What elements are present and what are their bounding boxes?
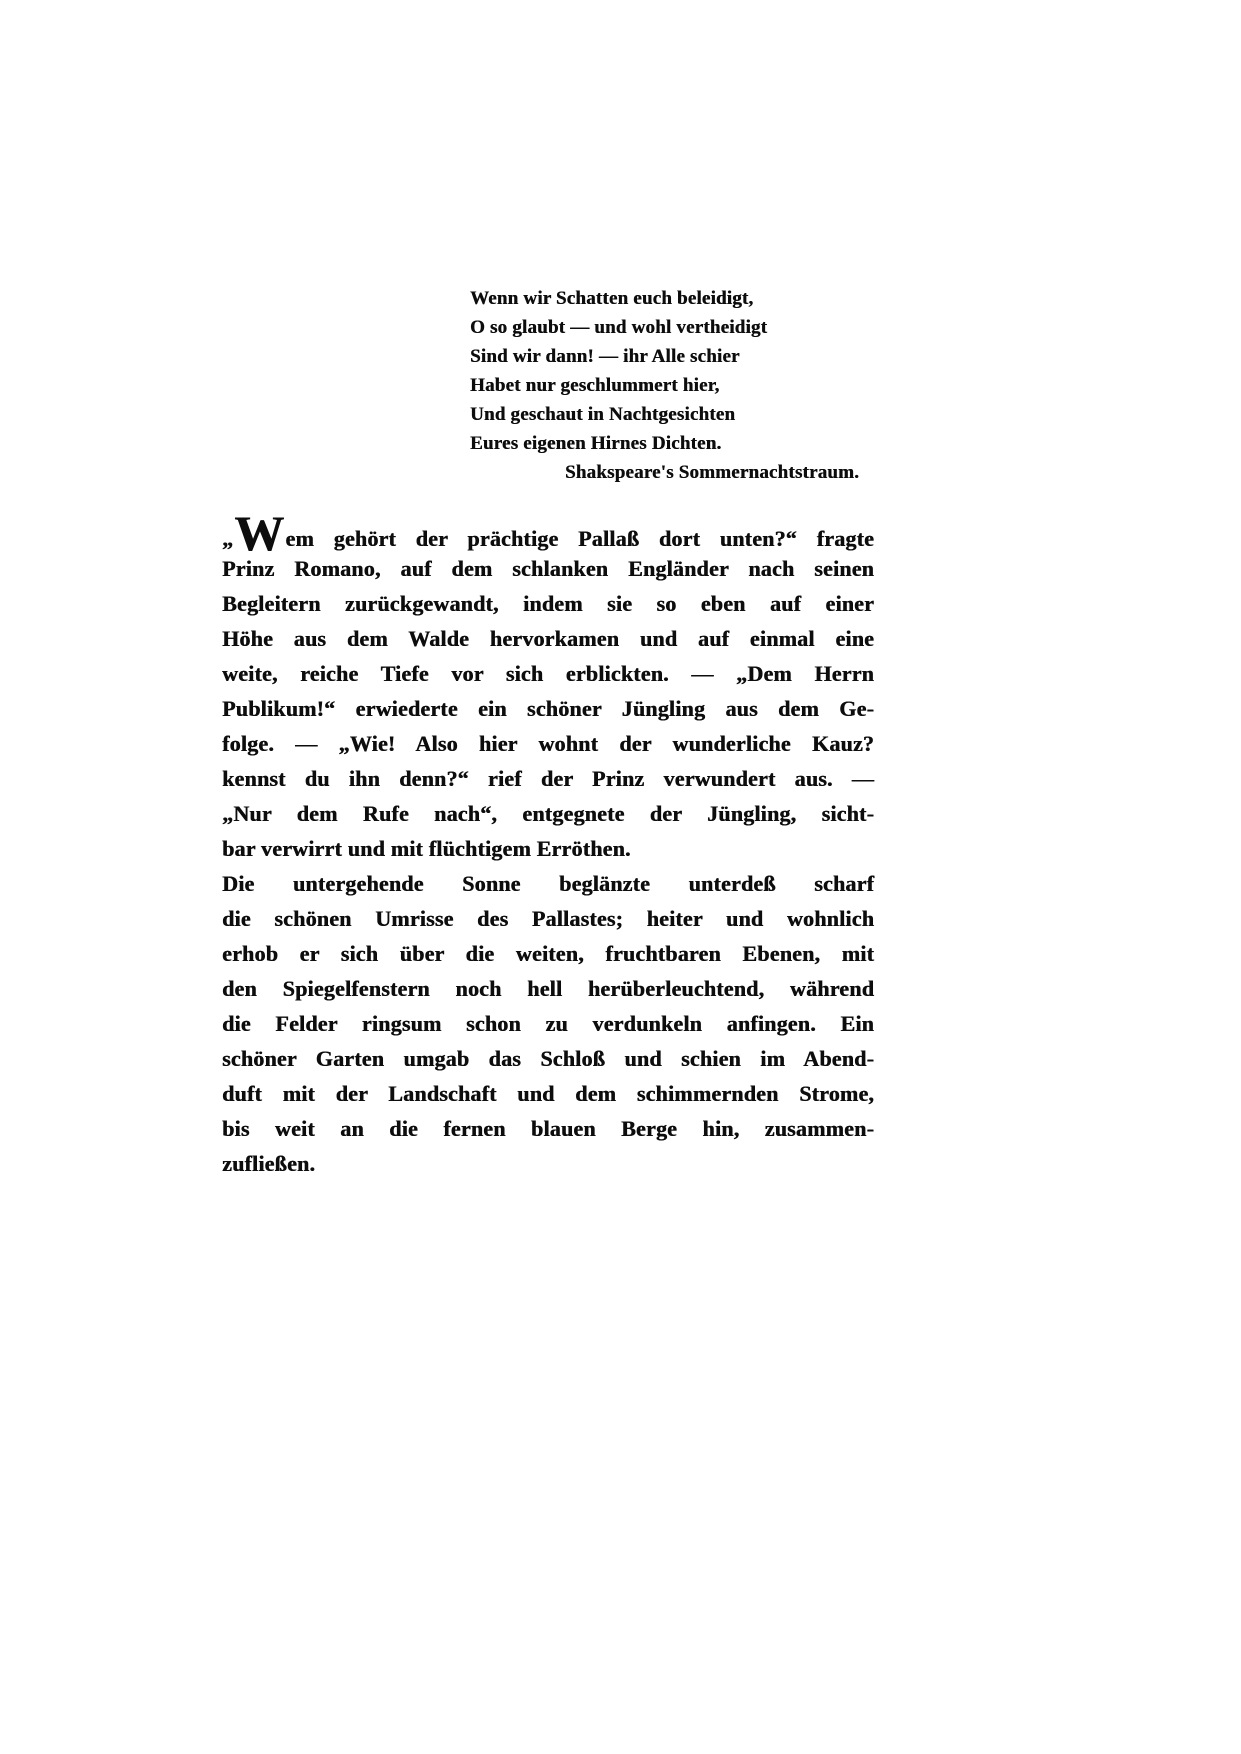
paragraph-2-last-line: zufließen. xyxy=(222,1146,874,1181)
paragraph-2-lines: Die untergehende Sonne beglänzte unterde… xyxy=(222,866,874,1146)
text-line: die schönen Umrisse des Pallastes; heite… xyxy=(222,901,874,936)
first-line-text: em gehört der prächtige Pallaß dort unte… xyxy=(285,526,874,551)
text-line: bis weit an die fernen blauen Berge hin,… xyxy=(222,1111,874,1146)
text-line: weite, reiche Tiefe vor sich erblickten.… xyxy=(222,656,874,691)
paragraph-1-lines: Prinz Romano, auf dem schlanken Englände… xyxy=(222,551,874,831)
epigraph-line: Wenn wir Schatten euch beleidigt, xyxy=(470,284,900,313)
book-page: Wenn wir Schatten euch beleidigt, O so g… xyxy=(0,0,1241,1754)
text-line: Prinz Romano, auf dem schlanken Englände… xyxy=(222,551,874,586)
text-line: Begleitern zurückgewandt, indem sie so e… xyxy=(222,586,874,621)
epigraph-block: Wenn wir Schatten euch beleidigt, O so g… xyxy=(470,284,900,487)
text-line: kennst du ihn denn?“ rief der Prinz verw… xyxy=(222,761,874,796)
text-line: folge. — „Wie! Also hier wohnt der wunde… xyxy=(222,726,874,761)
body-text-block: „Wem gehört der prächtige Pallaß dort un… xyxy=(222,516,874,1181)
epigraph-lines: Wenn wir Schatten euch beleidigt, O so g… xyxy=(470,284,900,458)
paragraph-1-last-line: bar verwirrt und mit flüchtigem Erröthen… xyxy=(222,831,874,866)
epigraph-attribution: Shakspeare's Sommernachtstraum. xyxy=(565,458,900,487)
paragraph-1-first-line: „Wem gehört der prächtige Pallaß dort un… xyxy=(222,516,874,551)
epigraph-line: Sind wir dann! — ihr Alle schier xyxy=(470,342,900,371)
text-line: erhob er sich über die weiten, fruchtbar… xyxy=(222,936,874,971)
text-line: Publikum!“ erwiederte ein schöner Jüngli… xyxy=(222,691,874,726)
text-line: „Nur dem Rufe nach“, entgegnete der Jüng… xyxy=(222,796,874,831)
epigraph-line: Eures eigenen Hirnes Dichten. xyxy=(470,429,900,458)
epigraph-line: Und geschaut in Nachtgesichten xyxy=(470,400,900,429)
text-line: schöner Garten umgab das Schloß und schi… xyxy=(222,1041,874,1076)
epigraph-line: Habet nur geschlummert hier, xyxy=(470,371,900,400)
text-line: Die untergehende Sonne beglänzte unterde… xyxy=(222,866,874,901)
drop-cap-initial: W xyxy=(234,516,284,551)
text-line: den Spiegelfenstern noch hell herüberleu… xyxy=(222,971,874,1006)
paragraph-1: „Wem gehört der prächtige Pallaß dort un… xyxy=(222,516,874,866)
paragraph-2: Die untergehende Sonne beglänzte unterde… xyxy=(222,866,874,1181)
epigraph-line: O so glaubt — und wohl vertheidigt xyxy=(470,313,900,342)
text-line: duft mit der Landschaft und dem schimmer… xyxy=(222,1076,874,1111)
text-line: die Felder ringsum schon zu verdunkeln a… xyxy=(222,1006,874,1041)
text-line: Höhe aus dem Walde hervorkamen und auf e… xyxy=(222,621,874,656)
